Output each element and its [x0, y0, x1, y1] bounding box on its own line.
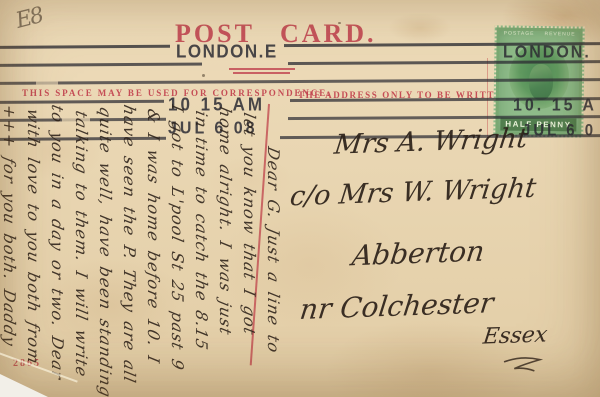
king-portrait-icon — [529, 64, 554, 100]
handwritten-address: Mrs A. Wright c/o Mrs W. Wright Abberton… — [286, 117, 600, 377]
address-line: Abberton — [350, 234, 486, 272]
message-line: & I was home before 10. I — [141, 102, 165, 397]
flourish-mark — [500, 354, 547, 374]
message-line: home alright. I was just — [213, 102, 237, 397]
message-line: have seen the P. They are all — [117, 102, 141, 397]
stamp-revenue-label: REVENUE — [544, 31, 575, 37]
title-rule-top — [229, 68, 295, 70]
postmark-town-left: LONDON.E — [176, 41, 278, 63]
message-line: to you in a day or two. Dear — [45, 102, 69, 397]
stamp-top-text: POSTAGE REVENUE — [497, 30, 583, 37]
postcard-back: E8 POST CARD. THIS SPACE MAY BE USED FOR… — [0, 0, 600, 397]
message-line: quite well, have been standing — [93, 102, 117, 397]
dust-speck — [202, 74, 205, 77]
stamp-postage-label: POSTAGE — [504, 31, 535, 37]
address-line: nr Colchester — [298, 286, 495, 326]
postmark-town-stamp: LONDON. — [503, 43, 591, 62]
dust-speck — [338, 22, 341, 24]
postmark-time-stamp: 10. 15 A — [513, 96, 597, 115]
message-line: with love to you both from — [21, 102, 45, 397]
message-line: Dear G. Just a line to — [261, 102, 285, 397]
postcard-photo: E8 POST CARD. THIS SPACE MAY BE USED FOR… — [0, 0, 600, 397]
address-line: Essex — [482, 322, 549, 349]
message-line: I got to L'pool St 25 past 9 — [165, 102, 189, 397]
message-line: talking to them. I will write — [69, 102, 93, 397]
title-rule-bottom — [233, 72, 290, 74]
address-line: c/o Mrs W. Wright — [288, 173, 538, 213]
handwritten-message: Dear G. Just a line to let you know that… — [0, 105, 285, 397]
message-line: let you know that I got — [237, 102, 261, 397]
address-line: Mrs A. Wright — [332, 123, 529, 161]
pencil-annotation: E8 — [13, 3, 44, 34]
message-line: in time to catch the 8.15 — [189, 102, 213, 397]
